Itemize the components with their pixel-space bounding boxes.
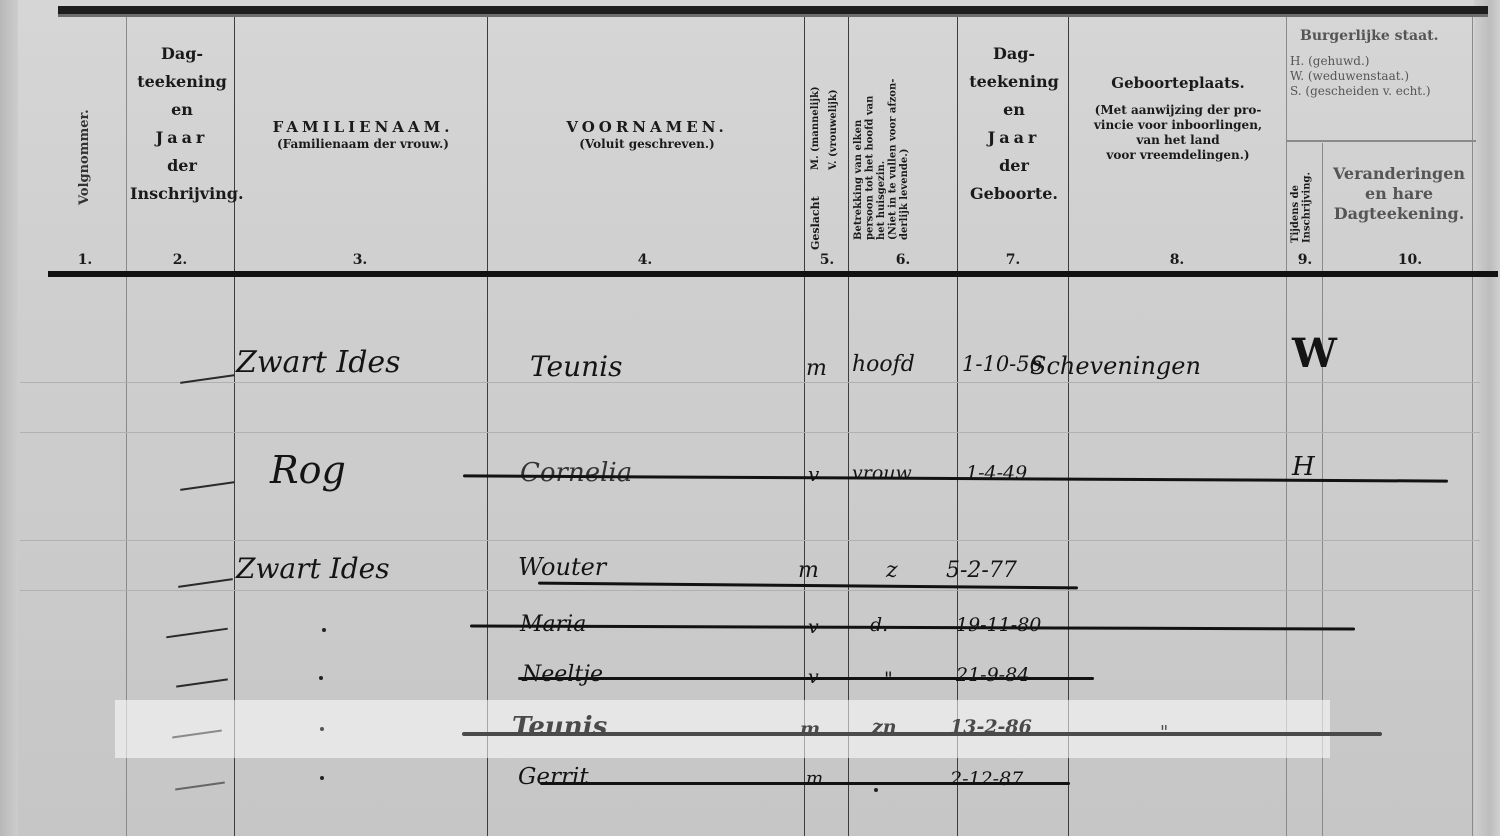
legend-gescheiden: S. (gescheiden v. echt.) (1290, 84, 1474, 99)
voornamen-cell: Teunis (512, 712, 607, 742)
row-tick (180, 481, 235, 491)
betrekking-cell: hoofd (852, 352, 915, 377)
strikethrough-line (518, 677, 1094, 680)
row-tick (175, 782, 225, 791)
header-line: en (960, 100, 1068, 120)
familienaam-cell: Zwart Ides (236, 345, 401, 380)
header-line: het huisgezin. (876, 161, 887, 240)
familienaam-cell: Rog (270, 448, 346, 492)
strikethrough-line (470, 624, 1355, 630)
header-line: (Niet in te vullen voor afzon- (888, 79, 899, 240)
ruled-line (20, 540, 1480, 541)
header-subtitle: (Familienaam der vrouw.) (238, 137, 488, 152)
column-number: 5. (812, 252, 842, 268)
header-geboorteplaats: Geboorteplaats. (Met aanwijzing der pro-… (1070, 74, 1286, 163)
voornamen-cell: Wouter (518, 553, 606, 581)
header-line: vincie voor inboorlingen, (1070, 118, 1286, 133)
header-title: Geboorteplaats. (1070, 74, 1286, 93)
header-title: VOORNAMEN. (490, 118, 804, 137)
column-number: 8. (1162, 252, 1192, 268)
header-line: van het land (1070, 133, 1286, 148)
row-tick (176, 678, 228, 687)
familienaam-cell: Zwart Ides (236, 552, 390, 585)
header-line: persoon tot het hoofd van (865, 96, 876, 240)
ruled-line (20, 382, 1480, 383)
geslacht-cell: v (808, 462, 819, 486)
header-tijdens-inschrijving: Tijdens de Inschrijving. (1290, 148, 1318, 243)
column-number: 4. (630, 252, 660, 268)
header-volgnommer: Volgnommer. (78, 85, 93, 205)
betrekking-cell: vrouw (852, 462, 912, 484)
burgerlijke-staat-cell: H (1292, 452, 1315, 482)
ditto-mark (874, 788, 878, 792)
header-geslacht-m: M. (mannelijk) (810, 30, 822, 170)
header-line: Dag- (960, 44, 1068, 64)
top-rule-shadow (58, 14, 1488, 17)
header-line: Dag- (130, 44, 234, 64)
column-number: 9. (1290, 252, 1320, 268)
geboortedatum-cell: 2-12-87 (950, 768, 1023, 790)
header-line: (Met aanwijzing der pro- (1070, 103, 1286, 118)
geslacht-cell: m (798, 558, 819, 583)
geboortedatum-cell: 21-9-84 (956, 664, 1029, 686)
highlighted-row (115, 700, 1330, 758)
top-rule (58, 6, 1488, 14)
geboortedatum-cell: 5-2-77 (946, 558, 1017, 583)
header-line: der (960, 156, 1068, 176)
column-number: 7. (998, 252, 1028, 268)
geboorteplaats-cell: Scheveningen (1030, 352, 1201, 380)
page-edge-left (0, 0, 18, 836)
voornamen-cell: Teunis (530, 350, 622, 383)
betrekking-cell: z (886, 558, 898, 583)
header-line: en (130, 100, 234, 120)
header-line: Dagteekening. (1326, 204, 1472, 224)
header-line: voor vreemdelingen.) (1070, 148, 1286, 163)
header-line: der (130, 156, 234, 176)
legend-weduwenstaat: W. (weduwenstaat.) (1290, 69, 1474, 84)
ditto-mark (322, 628, 326, 632)
header-line: derlijk levende.) (899, 149, 910, 240)
header-geslacht: Geslacht (810, 180, 823, 250)
header-title: Burgerlijke staat. (1290, 28, 1474, 46)
register-page: Volgnommer. Dag- teekening en Jaar der I… (0, 0, 1500, 836)
legend-gehuwd: H. (gehuwd.) (1290, 54, 1474, 69)
column-number: 1. (70, 252, 100, 268)
row-tick (166, 628, 228, 639)
header-line: Jaar (130, 128, 234, 148)
header-title: FAMILIENAAM. (238, 118, 488, 137)
header-line: Veranderingen (1326, 164, 1472, 184)
header-burgerlijke-staat: Burgerlijke staat. H. (gehuwd.) W. (wedu… (1290, 28, 1474, 99)
ditto-mark (320, 776, 324, 780)
header-voornamen: VOORNAMEN. (Voluit geschreven.) (490, 118, 804, 152)
voornamen-cell: Cornelia (520, 458, 632, 488)
burgerlijke-staat-cell: W (1292, 330, 1337, 377)
header-subtitle: (Voluit geschreven.) (490, 137, 804, 152)
ditto-mark (320, 727, 324, 731)
geslacht-cell: m (806, 356, 827, 381)
column-number: 10. (1390, 252, 1430, 268)
strikethrough-line (462, 732, 1382, 736)
strikethrough-line (540, 782, 1070, 785)
page-edge-right (1474, 0, 1500, 836)
geslacht-cell: m (806, 768, 823, 789)
header-geslacht-v: V. (vrouwelijk) (828, 30, 840, 170)
burgerlijke-staat-divider (1286, 140, 1476, 142)
header-dagteekening-geboorte: Dag- teekening en Jaar der Geboorte. (960, 44, 1068, 204)
column-number: 2. (165, 252, 195, 268)
header-line: Inschrijving. (130, 184, 234, 204)
geboortedatum-cell: 19-11-80 (956, 614, 1041, 636)
geslacht-cell: m (800, 718, 820, 740)
geboortedatum-cell: 1-4-49 (966, 462, 1027, 484)
header-dagteekening-inschrijving: Dag- teekening en Jaar der Inschrijving. (130, 44, 234, 204)
header-line: Geboorte. (960, 184, 1068, 204)
header-veranderingen: Veranderingen en hare Dagteekening. (1326, 164, 1472, 224)
row-tick (178, 578, 233, 588)
header-familienaam: FAMILIENAAM. (Familienaam der vrouw.) (238, 118, 488, 152)
voornamen-cell: Neeltje (522, 662, 603, 687)
header-line: teekening (130, 72, 234, 92)
ditto-mark (319, 676, 323, 680)
header-line: en hare (1326, 184, 1472, 204)
ruled-line (20, 590, 1480, 591)
header-line: teekening (960, 72, 1068, 92)
column-number: 6. (888, 252, 918, 268)
ruled-line (20, 432, 1480, 433)
header-line: Betrekking van elken (853, 120, 864, 240)
header-bottom-rule (48, 271, 1498, 277)
header-line: Jaar (960, 128, 1068, 148)
voornamen-cell: Gerrit (518, 764, 589, 790)
column-number: 3. (345, 252, 375, 268)
header-betrekking: Betrekking van elken persoon tot het hoo… (853, 40, 911, 240)
